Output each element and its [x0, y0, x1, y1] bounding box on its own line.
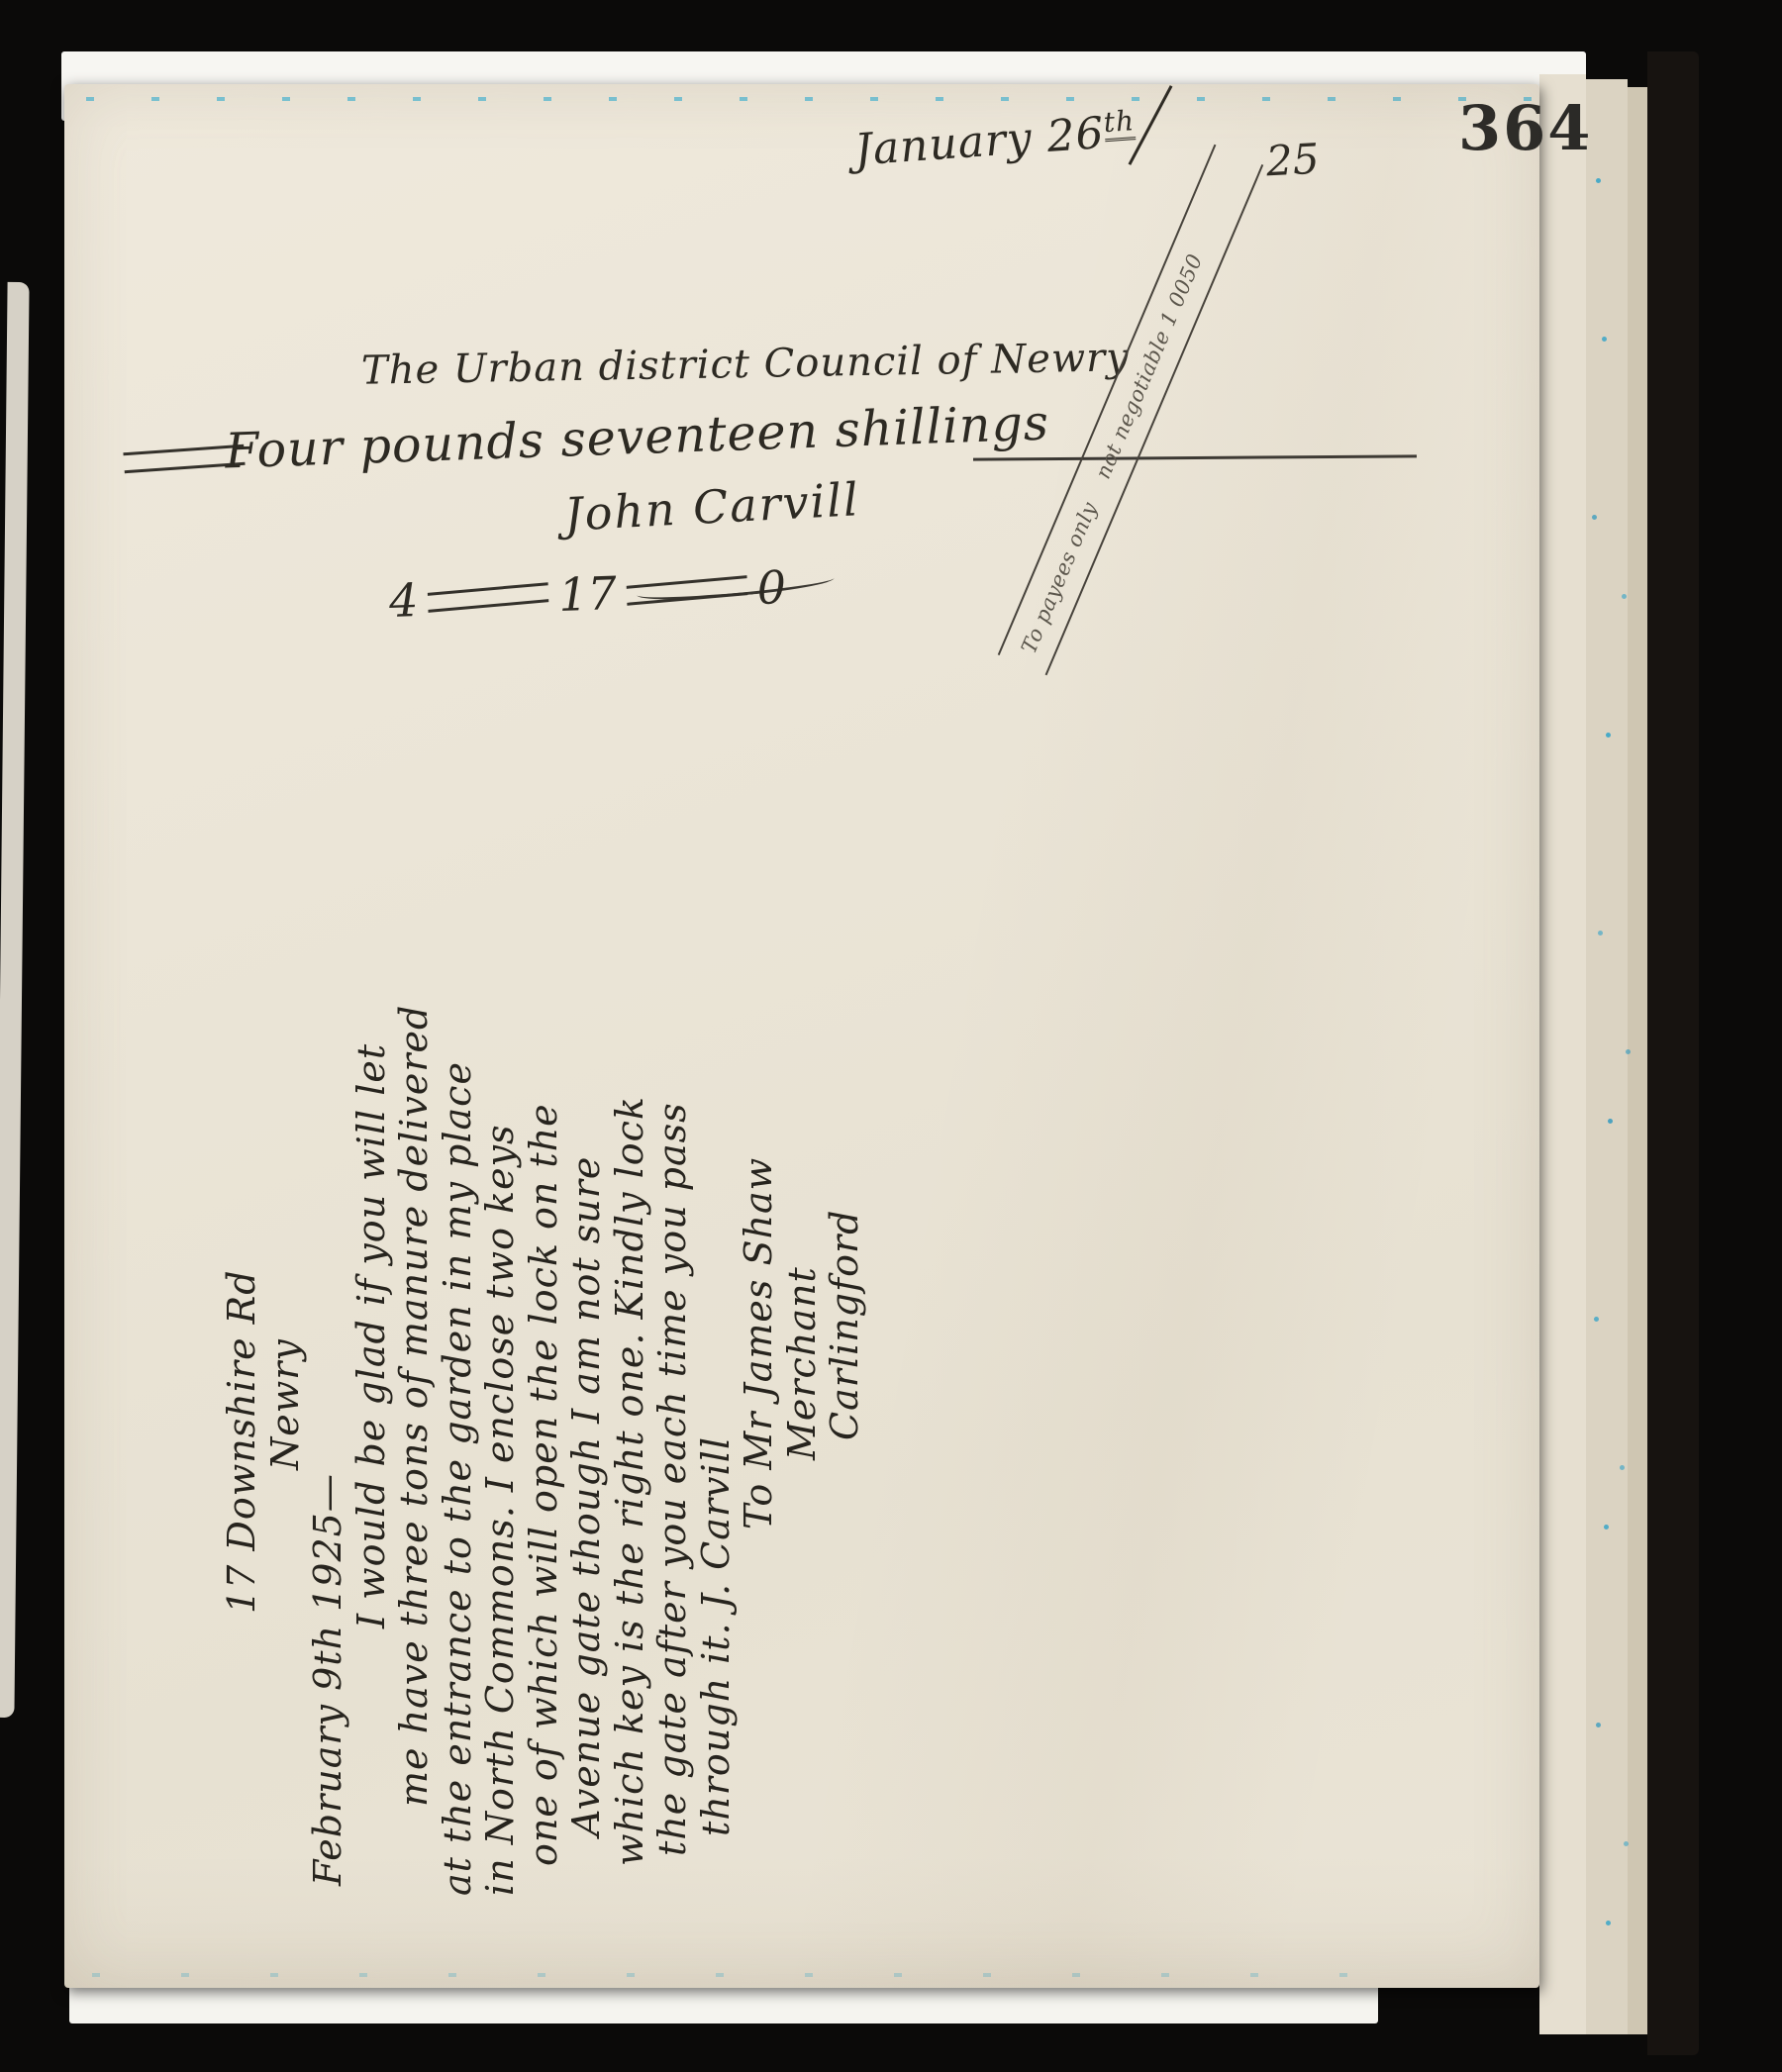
amount-in-words: Four pounds seventeen shillings [224, 394, 1050, 479]
amount-figures: 4 17 0 [388, 560, 787, 628]
letter-line: the gate after you each time you pass [651, 775, 695, 1955]
letter-line: Newry [264, 775, 308, 1955]
letter-line: through it. J. Carvill [695, 775, 739, 1955]
book-cover-edge [1647, 51, 1699, 2055]
amount-words-trailing-rule [973, 454, 1417, 460]
amount-separator-rule [428, 582, 548, 613]
letter-line: To Mr James Shaw [738, 775, 781, 1955]
date-text: January 26 [853, 108, 1107, 176]
year-annotation: 25 [1265, 135, 1321, 186]
letter-line: in North Commons. I enclose two keys [479, 775, 523, 1955]
letter-line: I would be glad if you will let [350, 775, 394, 1955]
letter-line: 17 Downshire Rd [221, 775, 264, 1955]
amount-separator-rule [627, 575, 747, 606]
blue-speckles [1596, 178, 1601, 183]
letter-text-block: 17 Downshire Rd Newry February 9th 1925—… [221, 775, 869, 1955]
amount-pounds: 4 [388, 573, 419, 628]
page-number: 364 [1458, 92, 1592, 164]
ledger-page: 364 January 26th 25 The Urban district C… [64, 84, 1539, 1988]
letter-line: which key is the right one. Kindly lock [609, 775, 652, 1955]
letter-line: Merchant [781, 775, 825, 1955]
opposite-page-edge [0, 282, 30, 1718]
signature: John Carvill [563, 472, 861, 542]
letter-line: one of which will open the lock on the [523, 775, 566, 1955]
date-ordinal: th [1103, 104, 1137, 142]
book-page-edges [1628, 87, 1647, 2034]
blue-dashes-top [70, 97, 1534, 101]
book-page-edges [1586, 79, 1628, 2034]
photo-backdrop: 364 January 26th 25 The Urban district C… [0, 0, 1782, 2072]
blue-dashes-bottom [72, 1973, 1429, 1977]
date-line: January 26th [853, 104, 1138, 175]
amount-pence: 0 [756, 560, 787, 615]
letter-line: at the entrance to the garden in my plac… [437, 775, 480, 1955]
book-page-edges [1539, 74, 1586, 2034]
letter-line: Avenue gate though I am not sure [565, 775, 609, 1955]
crossing-stamp-line1: To payees only [1017, 499, 1102, 657]
letter-line: me have three tons of manure delivered [393, 775, 437, 1955]
letter-line: Carlingford [824, 775, 867, 1955]
letter-line: February 9th 1925— [307, 775, 350, 1955]
rotated-letter: 17 Downshire Rd Newry February 9th 1925—… [221, 775, 874, 1955]
amount-shillings: 17 [557, 566, 617, 622]
payee-line: The Urban district Council of Newry [361, 335, 1131, 394]
